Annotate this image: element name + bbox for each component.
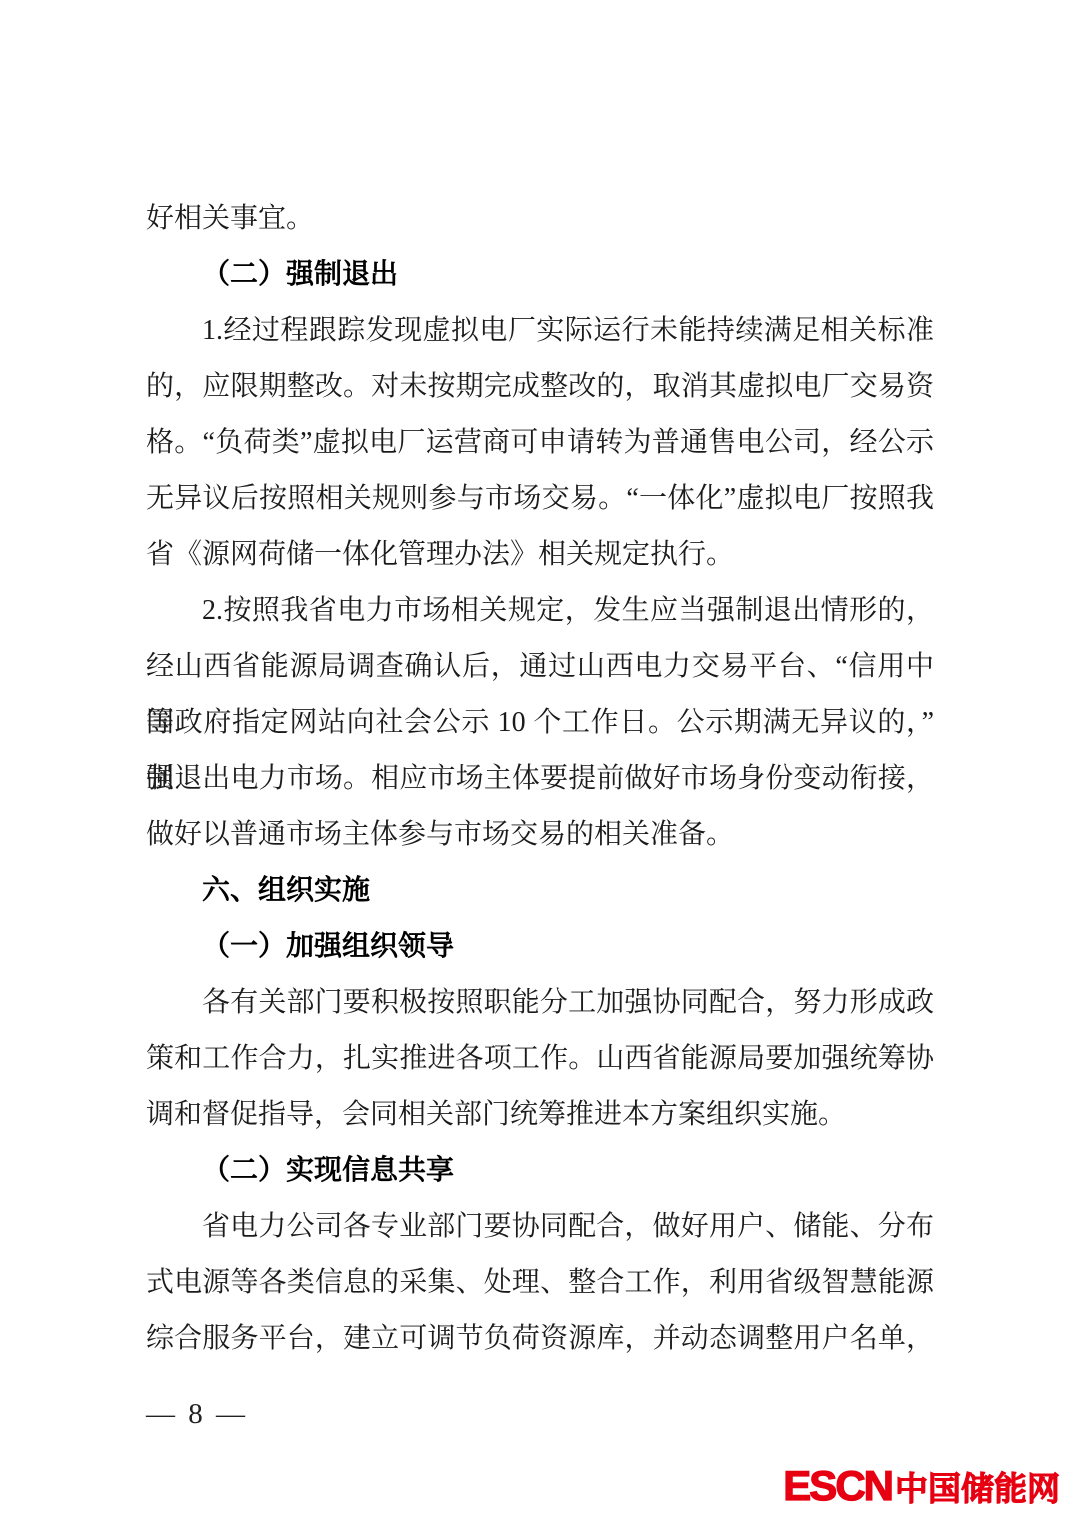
text-line: 省电力公司各专业部门要协同配合，做好用户、储能、分布 — [146, 1199, 934, 1255]
text-line: 经山西省能源局调查确认后，通过山西电力交易平台、“信用中国” — [146, 639, 934, 695]
text-line: 策和工作合力，扎实推进各项工作。山西省能源局要加强统筹协 — [146, 1031, 934, 1087]
escn-logo-latin: ESCN — [783, 1462, 892, 1510]
text-line: 制退出电力市场。相应市场主体要提前做好市场身份变动衔接， — [146, 751, 934, 807]
text-line: 1.经过程跟踪发现虚拟电厂实际运行未能持续满足相关标准 — [146, 303, 934, 359]
escn-logo-cjk: 中国储能网 — [895, 1463, 1060, 1510]
section-heading-organization: 六、组织实施 — [146, 863, 934, 919]
text-line: 等政府指定网站向社会公示 10 个工作日。公示期满无异议的，强 — [146, 695, 934, 751]
text-line: 做好以普通市场主体参与市场交易的相关准备。 — [146, 807, 934, 863]
section-heading-leadership: （一）加强组织领导 — [146, 919, 934, 975]
text-line: 格。“负荷类”虚拟电厂运营商可申请转为普通售电公司，经公示 — [146, 415, 934, 471]
text-line: 好相关事宜。 — [146, 191, 934, 247]
text-line: 省《源网荷储一体化管理办法》相关规定执行。 — [146, 527, 934, 583]
text-line: 的，应限期整改。对未按期完成整改的，取消其虚拟电厂交易资 — [146, 359, 934, 415]
section-heading-forced-exit: （二）强制退出 — [146, 247, 934, 303]
text-line: 无异议后按照相关规则参与市场交易。“一体化”虚拟电厂按照我 — [146, 471, 934, 527]
escn-logo: ESCN 中国储能网 — [783, 1462, 1060, 1510]
text-line: 调和督促指导，会同相关部门统筹推进本方案组织实施。 — [146, 1087, 934, 1143]
text-line: 2.按照我省电力市场相关规定，发生应当强制退出情形的， — [146, 583, 934, 639]
text-line: 综合服务平台，建立可调节负荷资源库，并动态调整用户名单， — [146, 1311, 934, 1367]
document-content: 好相关事宜。 （二）强制退出 1.经过程跟踪发现虚拟电厂实际运行未能持续满足相关… — [146, 191, 934, 1367]
text-line: 各有关部门要积极按照职能分工加强协同配合，努力形成政 — [146, 975, 934, 1031]
document-page: 好相关事宜。 （二）强制退出 1.经过程跟踪发现虚拟电厂实际运行未能持续满足相关… — [0, 0, 1080, 1527]
text-line: 式电源等各类信息的采集、处理、整合工作，利用省级智慧能源 — [146, 1255, 934, 1311]
section-heading-info-sharing: （二）实现信息共享 — [146, 1143, 934, 1199]
page-number: — 8 — — [146, 1398, 248, 1431]
